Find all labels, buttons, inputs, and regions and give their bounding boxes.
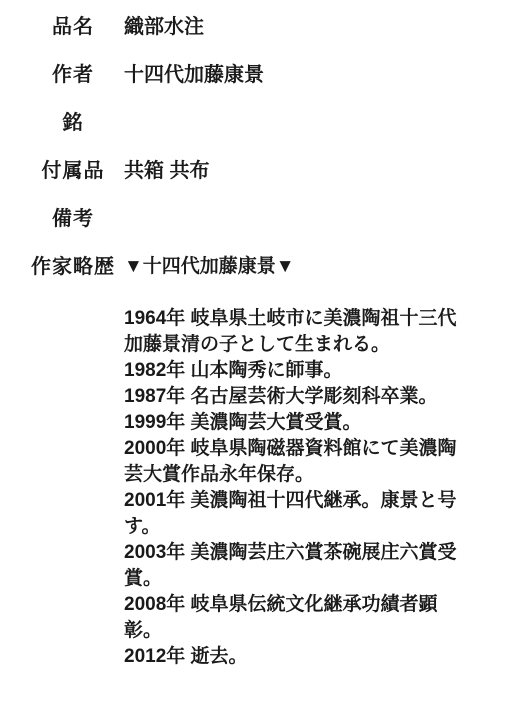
field-row-remarks: 備考 (24, 206, 471, 232)
bio-entry-2003: 2003年 美濃陶芸庄六賞茶碗展庄六賞受賞。 (124, 540, 471, 592)
inscription-value (122, 110, 471, 136)
accessories-label: 付属品 (24, 158, 122, 184)
biography-content: ▼十四代加藤康景▼ 1964年 岐阜県土岐市に美濃陶祖十三代加藤景清の子として生… (122, 254, 471, 670)
bio-entry-1982: 1982年 山本陶秀に師事。 (124, 358, 471, 384)
item-name-label: 品名 (24, 14, 122, 40)
artist-label: 作者 (24, 62, 122, 88)
item-spec-table: 品名 織部水注 作者 十四代加藤康景 銘 付属品 共箱 共布 備考 作家略歴 ▼… (0, 0, 511, 670)
remarks-label: 備考 (24, 206, 122, 232)
bio-entry-2000: 2000年 岐阜県陶磁器資料館にて美濃陶芸大賞作品永年保存。 (124, 436, 471, 488)
bio-entry-2001: 2001年 美濃陶祖十四代継承。康景と号す。 (124, 488, 471, 540)
bio-entry-1999: 1999年 美濃陶芸大賞受賞。 (124, 410, 471, 436)
inscription-label: 銘 (24, 110, 122, 136)
biography-heading: ▼十四代加藤康景▼ (124, 254, 471, 280)
biography-label: 作家略歴 (24, 254, 122, 280)
field-row-inscription: 銘 (24, 110, 471, 136)
bio-entry-1964: 1964年 岐阜県土岐市に美濃陶祖十三代加藤景清の子として生まれる。 (124, 306, 471, 358)
field-row-item-name: 品名 織部水注 (24, 14, 471, 40)
item-name-value: 織部水注 (122, 14, 471, 40)
field-row-accessories: 付属品 共箱 共布 (24, 158, 471, 184)
artist-value: 十四代加藤康景 (122, 62, 471, 88)
field-row-artist: 作者 十四代加藤康景 (24, 62, 471, 88)
bio-entry-2012: 2012年 逝去。 (124, 644, 471, 670)
bio-entry-1987: 1987年 名古屋芸術大学彫刻科卒業。 (124, 384, 471, 410)
accessories-value: 共箱 共布 (122, 158, 471, 184)
field-row-artist-biography: 作家略歴 ▼十四代加藤康景▼ 1964年 岐阜県土岐市に美濃陶祖十三代加藤景清の… (24, 254, 471, 670)
bio-entry-2008: 2008年 岐阜県伝統文化継承功績者顕彰。 (124, 592, 471, 644)
remarks-value (122, 206, 471, 232)
